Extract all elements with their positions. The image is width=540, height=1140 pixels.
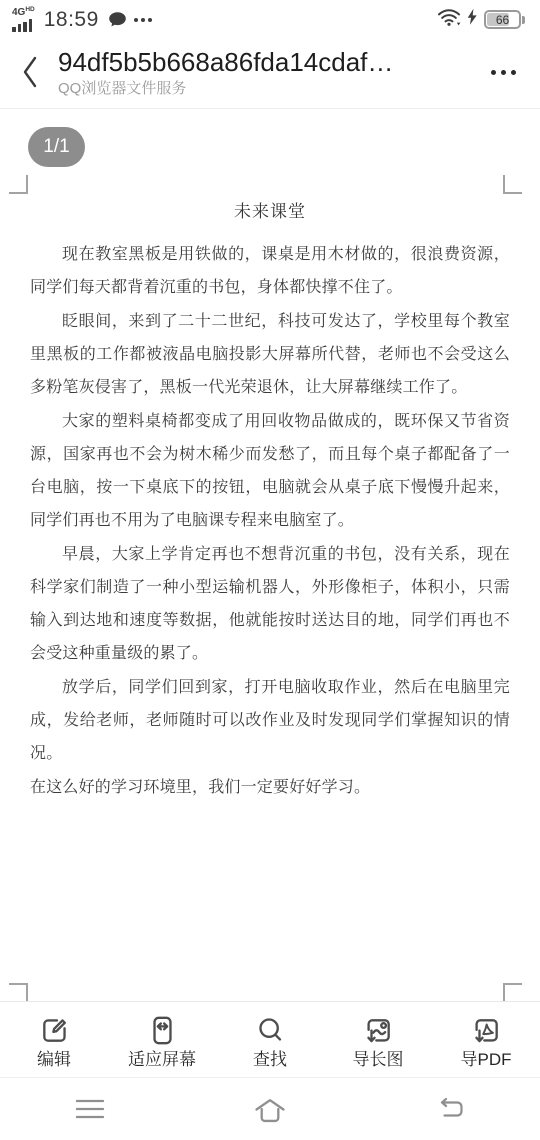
export-pdf-button[interactable]: 导PDF <box>432 1002 540 1078</box>
file-service-subtitle: QQ浏览器文件服务 <box>58 80 393 97</box>
back-button[interactable] <box>18 51 42 93</box>
document-paragraph: 眨眼间，来到了二十二世纪，科技可发达了，学校里每个教室里黑板的工作都被液晶电脑投… <box>30 305 510 404</box>
wifi-icon <box>437 7 461 32</box>
recents-menu-button[interactable] <box>0 1090 180 1128</box>
fit-screen-button[interactable]: 适应屏幕 <box>108 1002 216 1078</box>
toolbar-label: 编辑 <box>37 1051 71 1069</box>
back-nav-button[interactable] <box>360 1090 540 1128</box>
status-bar: 4GHD 18:59 66 <box>0 0 540 36</box>
home-icon <box>252 1096 288 1123</box>
document-paragraph: 现在教室黑板是用铁做的，课桌是用木材做的，很浪费资源，同学们每天都背着沉重的书包… <box>30 238 510 304</box>
page-corner-bottom-right <box>503 983 522 1002</box>
document-paragraph: 放学后，同学们回到家，打开电脑收取作业，然后在电脑里完成，发给老师，老师随时可以… <box>30 671 510 770</box>
document-title: 未来课堂 <box>30 200 510 224</box>
toolbar-label: 导PDF <box>461 1051 512 1069</box>
network-type-label: 4G <box>12 7 25 18</box>
charging-bolt-icon <box>467 8 478 31</box>
cellular-signal-icon: 4GHD <box>12 7 35 32</box>
document-paragraph: 在这么好的学习环境里，我们一定要好好学习。 <box>30 771 510 804</box>
page-corner-top-right <box>503 175 522 194</box>
document-paragraph: 早晨，大家上学肯定再也不想背沉重的书包，没有关系，现在科学家们制造了一种小型运输… <box>30 538 510 670</box>
home-button[interactable] <box>180 1088 360 1131</box>
edit-button[interactable]: 编辑 <box>0 1002 108 1078</box>
fit-screen-icon <box>146 1014 179 1047</box>
toolbar-label: 导长图 <box>353 1051 404 1069</box>
battery-percent: 66 <box>496 13 509 27</box>
notification-ellipsis-icon <box>134 18 152 22</box>
back-icon <box>435 1098 465 1120</box>
export-pdf-icon <box>470 1014 503 1047</box>
document-viewport[interactable]: 1/1 未来课堂 现在教室黑板是用铁做的，课桌是用木材做的，很浪费资源，同学们每… <box>0 110 540 1002</box>
document-toolbar: 编辑 适应屏幕 查找 导长图 <box>0 1001 540 1078</box>
export-long-image-button[interactable]: 导长图 <box>324 1002 432 1078</box>
document-page: 未来课堂 现在教室黑板是用铁做的，课桌是用木材做的，很浪费资源，同学们每天都背着… <box>30 200 510 805</box>
overflow-menu-button[interactable] <box>489 58 518 87</box>
chevron-left-icon <box>20 55 40 89</box>
page-corner-top-left <box>9 175 28 194</box>
menu-icon <box>75 1098 105 1120</box>
signal-bars-icon <box>12 19 32 32</box>
file-name-title: 94df5b5b668a86fda14cdaf… <box>58 47 393 77</box>
android-navigation-bar <box>0 1077 540 1140</box>
document-paragraph: 大家的塑料桌椅都变成了用回收物品做成的，既环保又节省资源，国家再也不会为树木稀少… <box>30 405 510 537</box>
toolbar-label: 查找 <box>253 1051 287 1069</box>
toolbar-label: 适应屏幕 <box>128 1051 196 1069</box>
clock-time: 18:59 <box>44 8 99 32</box>
edit-icon <box>38 1014 71 1047</box>
file-viewer-header: 94df5b5b668a86fda14cdaf… QQ浏览器文件服务 <box>0 36 540 109</box>
page-corner-bottom-left <box>9 983 28 1002</box>
hd-voice-badge: HD <box>25 6 34 13</box>
message-bubble-icon <box>108 11 127 28</box>
search-icon <box>254 1014 287 1047</box>
battery-icon: 66 <box>484 10 521 29</box>
export-long-image-icon <box>362 1014 395 1047</box>
find-button[interactable]: 查找 <box>216 1002 324 1078</box>
page-indicator-badge: 1/1 <box>28 127 85 167</box>
